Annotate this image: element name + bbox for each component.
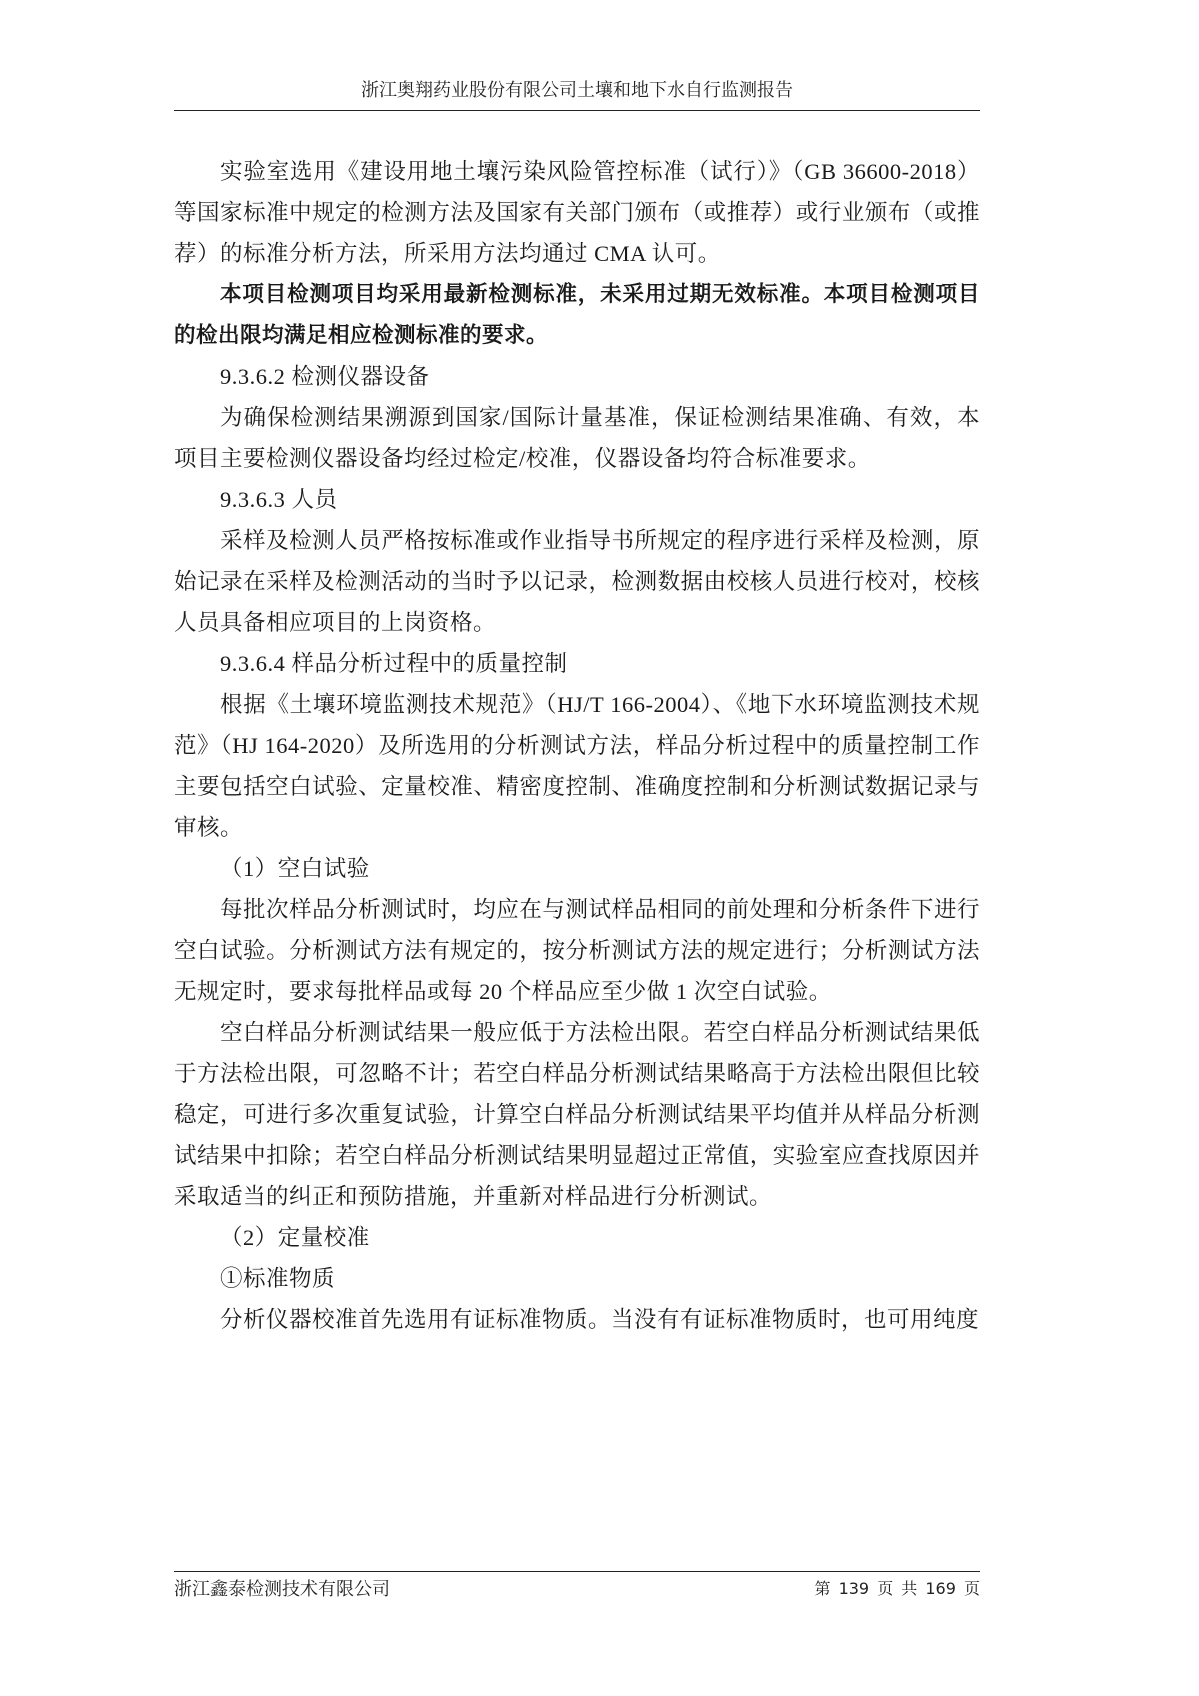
page-header: 浙江奥翔药业股份有限公司土壤和地下水自行监测报告	[174, 78, 980, 108]
document-body: 实验室选用《建设用地土壤污染风险管控标准（试行）》（GB 36600-2018）…	[174, 151, 980, 1340]
section-heading-quality-control: 9.3.6.4 样品分析过程中的质量控制	[174, 643, 980, 684]
subheading-reference-materials: ①标准物质	[174, 1258, 980, 1299]
paragraph-reference-materials: 分析仪器校准首先选用有证标准物质。当没有有证标准物质时，也可用纯度	[174, 1299, 980, 1340]
report-title: 浙江奥翔药业股份有限公司土壤和地下水自行监测报告	[361, 80, 793, 100]
page-number: 第 139 页 共 169 页	[814, 1576, 980, 1602]
subheading-blank-test: （1）空白试验	[174, 848, 980, 889]
subheading-calibration: （2）定量校准	[174, 1217, 980, 1258]
paragraph-quality-control: 根据《土壤环境监测技术规范》（HJ/T 166-2004）、《地下水环境监测技术…	[174, 684, 980, 848]
paragraph-personnel: 采样及检测人员严格按标准或作业指导书所规定的程序进行采样及检测，原始记录在采样及…	[174, 520, 980, 643]
paragraph-blank-test-results: 空白样品分析测试结果一般应低于方法检出限。若空白样品分析测试结果低于方法检出限，…	[174, 1012, 980, 1217]
paragraph-lab-methods: 实验室选用《建设用地土壤污染风险管控标准（试行）》（GB 36600-2018）…	[174, 151, 980, 274]
paragraph-standards-statement: 本项目检测项目均采用最新检测标准，未采用过期无效标准。本项目检测项目的检出限均满…	[174, 274, 980, 356]
section-heading-instruments: 9.3.6.2 检测仪器设备	[174, 356, 980, 397]
footer-divider	[174, 1571, 980, 1572]
paragraph-instruments: 为确保检测结果溯源到国家/国际计量基准，保证检测结果准确、有效，本项目主要检测仪…	[174, 397, 980, 479]
page-footer: 浙江鑫泰检测技术有限公司 第 139 页 共 169 页	[174, 1576, 980, 1602]
section-heading-personnel: 9.3.6.3 人员	[174, 479, 980, 520]
paragraph-blank-test-frequency: 每批次样品分析测试时，均应在与测试样品相同的前处理和分析条件下进行空白试验。分析…	[174, 889, 980, 1012]
footer-company: 浙江鑫泰检测技术有限公司	[174, 1576, 390, 1602]
header-divider	[174, 110, 980, 111]
